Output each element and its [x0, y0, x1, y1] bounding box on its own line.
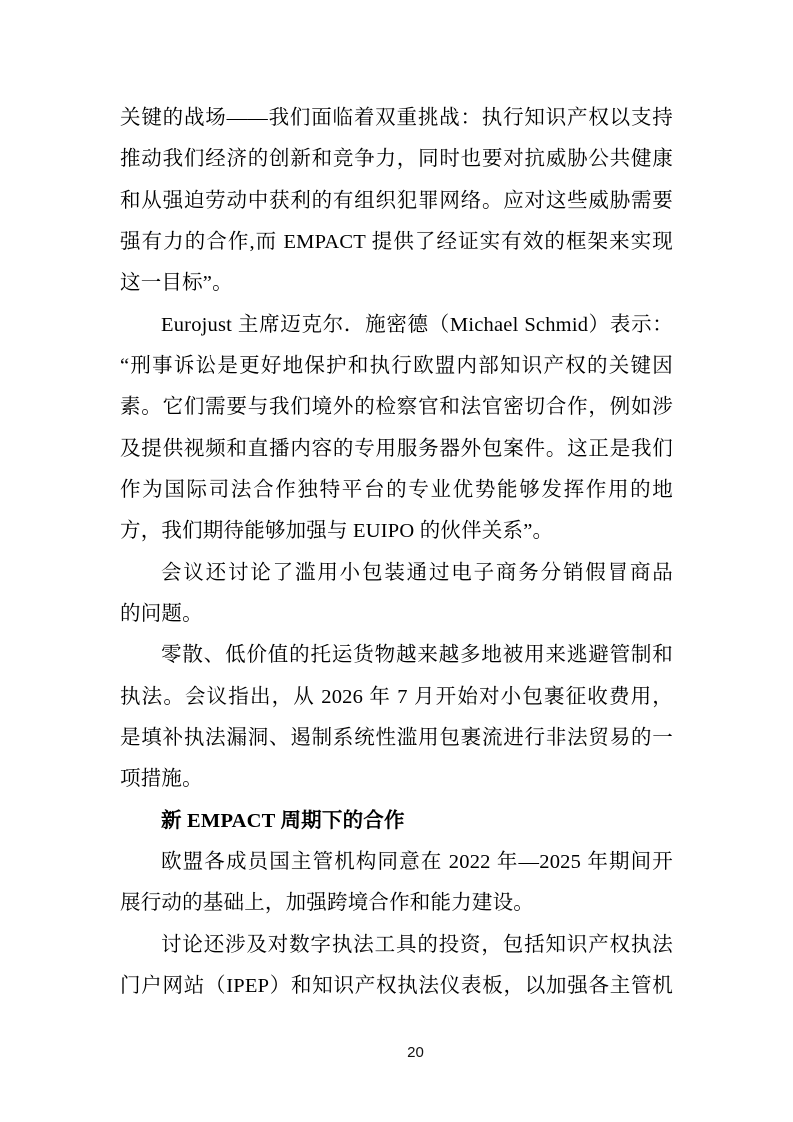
text-line: 关键的战场——我们面临着双重挑战：执行知识产权以支持 — [120, 98, 673, 139]
text-line: 门户网站（IPEP）和知识产权执法仪表板，以加强各主管机 — [120, 966, 673, 1007]
text-line: 和从强迫劳动中获利的有组织犯罪网络。应对这些威胁需要 — [120, 181, 673, 222]
text-line: 作为国际司法合作独特平台的专业优势能够发挥作用的地 — [120, 470, 673, 511]
text-line: 及提供视频和直播内容的专用服务器外包案件。这正是我们 — [120, 429, 673, 470]
text-line: 方，我们期待能够加强与 EUIPO 的伙伴关系”。 — [120, 511, 673, 552]
text-line: 项措施。 — [120, 759, 673, 800]
document-page: 关键的战场——我们面临着双重挑战：执行知识产权以支持 推动我们经济的创新和竞争力… — [0, 0, 793, 1122]
text-line: 的问题。 — [120, 594, 673, 635]
text-line: 欧盟各成员国主管机构同意在 2022 年—2025 年期间开 — [120, 842, 673, 883]
text-line: 零散、低价值的托运货物越来越多地被用来逃避管制和 — [120, 635, 673, 676]
text-line: 展行动的基础上，加强跨境合作和能力建设。 — [120, 883, 673, 924]
section-heading: 新 EMPACT 周期下的合作 — [120, 801, 673, 842]
text-block: 关键的战场——我们面临着双重挑战：执行知识产权以支持 推动我们经济的创新和竞争力… — [120, 98, 673, 1007]
text-line: “刑事诉讼是更好地保护和执行欧盟内部知识产权的关键因 — [120, 346, 673, 387]
text-line: 会议还讨论了滥用小包装通过电子商务分销假冒商品 — [120, 553, 673, 594]
page-footer: 20 — [0, 1044, 793, 1062]
text-line: Eurojust 主席迈克尔．施密德（Michael Schmid）表示： — [120, 305, 673, 346]
text-line: 执法。会议指出，从 2026 年 7 月开始对小包裹征收费用， — [120, 677, 673, 718]
text-line: 素。它们需要与我们境外的检察官和法官密切合作，例如涉 — [120, 387, 673, 428]
text-line: 强有力的合作,而 EMPACT 提供了经证实有效的框架来实现 — [120, 222, 673, 263]
page-number: 20 — [407, 1044, 424, 1061]
text-line: 讨论还涉及对数字执法工具的投资，包括知识产权执法 — [120, 925, 673, 966]
text-line: 推动我们经济的创新和竞争力，同时也要对抗威胁公共健康 — [120, 139, 673, 180]
text-line: 是填补执法漏洞、遏制系统性滥用包裹流进行非法贸易的一 — [120, 718, 673, 759]
text-line: 这一目标”。 — [120, 263, 673, 304]
